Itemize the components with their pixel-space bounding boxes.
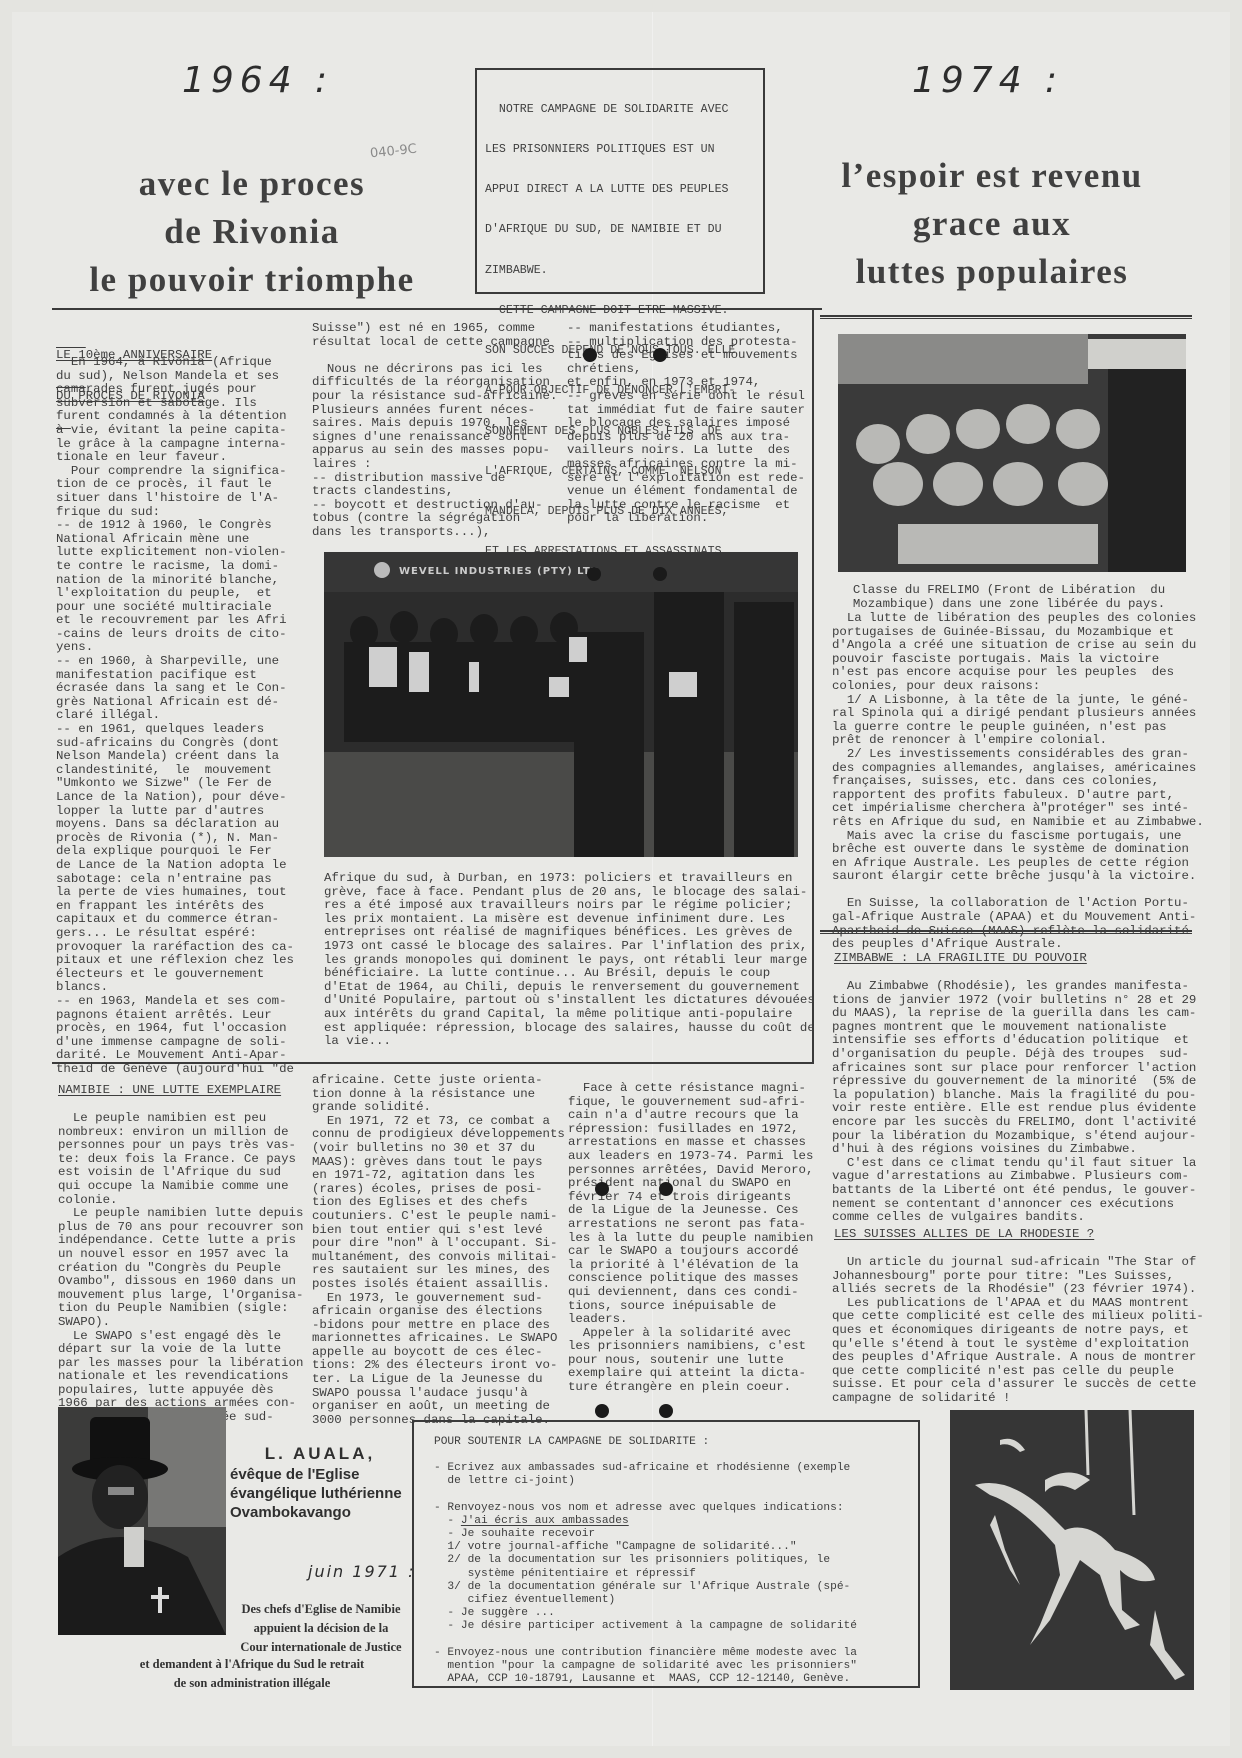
headline-line: avec le proces <box>52 160 452 208</box>
punch-hole <box>583 348 597 362</box>
frelimo-class-photo <box>838 334 1186 572</box>
right-headline: l’espoir est revenu grace aux luttes pop… <box>792 152 1192 296</box>
headline-line: de Rivonia <box>52 208 452 256</box>
auala-name: L. AUALA, <box>230 1444 410 1463</box>
statement-line: Des chefs d'Eglise de Namibie <box>226 1600 416 1619</box>
suisses-title: LES SUISSES ALLIES DE LA RHODESIE ? <box>834 1228 1094 1242</box>
durban-strike-photo: WEVELL INDUSTRIES (PTY) LTD <box>324 552 798 857</box>
checkbox-option-written[interactable]: J'ai écris aux ambassades <box>461 1515 629 1527</box>
auala-statement: Des chefs d'Eglise de Namibie appuient l… <box>226 1600 416 1657</box>
support-item-return-sub1: - J'ai écris aux ambassades <box>434 1515 898 1528</box>
auala-statement-cont: et demandent à l'Afrique du Sud le retra… <box>102 1655 402 1693</box>
statement-line: D'AFRIQUE DU SUD, DE NAMIBIE ET DU <box>485 223 755 236</box>
punch-hole <box>659 1182 673 1196</box>
punch-hole <box>595 1404 609 1418</box>
puppet-silhouette-photo <box>950 1410 1194 1690</box>
namibie-col1: Le peuple namibien est peu nombreux: env… <box>58 1112 320 1425</box>
punch-hole <box>653 567 667 581</box>
crowd-photo-icon: WEVELL INDUSTRIES (PTY) LTD <box>324 552 798 857</box>
statement-line: de son administration illégale <box>102 1674 402 1693</box>
svg-text:WEVELL INDUSTRIES (PTY) LTD: WEVELL INDUSTRIES (PTY) LTD <box>399 566 600 577</box>
namibie-title: NAMIBIE : UNE LUTTE EXEMPLAIRE <box>58 1084 281 1098</box>
punch-hole <box>653 348 667 362</box>
zimbabwe-title: ZIMBABWE : LA FRAGILITE DU POUVOIR <box>834 952 1087 966</box>
headline-line: grace aux <box>792 200 1192 248</box>
headline-line: l’espoir est revenu <box>792 152 1192 200</box>
top-rule-left <box>52 308 822 310</box>
suisses-article: Un article du journal sud-africain "The … <box>832 1256 1202 1406</box>
support-title: POUR SOUTENIR LA CAMPAGNE DE SOLIDARITE … <box>434 1436 898 1449</box>
support-item-return-head: - Renvoyez-nous vos nom et adresse avec … <box>434 1502 898 1515</box>
statement-line: LES PRISONNIERS POLITIQUES EST UN <box>485 143 755 156</box>
headline-line: luttes populaires <box>792 248 1192 296</box>
classroom-photo-icon <box>838 334 1186 572</box>
support-campaign-box: POUR SOUTENIR LA CAMPAGNE DE SOLIDARITE … <box>412 1420 920 1688</box>
auala-role-line: évangélique luthérienne <box>230 1484 410 1503</box>
bishop-portrait-icon <box>58 1407 226 1635</box>
namibie-col3: Face à cette résistance magni- fique, le… <box>568 1082 830 1395</box>
auala-role-line: Ovambokavango <box>230 1503 410 1522</box>
support-item-return-options: - Je souhaite recevoir 1/ votre journal-… <box>434 1528 898 1634</box>
frelimo-photo-caption: Classe du FRELIMO (Front de Libération d… <box>838 584 1198 611</box>
frelimo-article: La lutte de libération des peuples des c… <box>832 612 1202 952</box>
auala-date: juin 1971 : <box>308 1562 415 1581</box>
support-item-donate: - Envoyez-nous une contribution financiè… <box>434 1647 898 1687</box>
rivonia-col3: -- manifestations étudiantes, -- multipl… <box>567 322 829 526</box>
left-headline: avec le proces de Rivonia le pouvoir tri… <box>52 160 452 304</box>
auala-caption: L. AUALA, évêque de l'Eglise évangélique… <box>230 1444 410 1522</box>
statement-line: APPUI DIRECT A LA LUTTE DES PEUPLES <box>485 183 755 196</box>
statement-line: ZIMBABWE. <box>485 264 755 277</box>
marionette-icon <box>950 1410 1194 1690</box>
statement-line: NOTRE CAMPAGNE DE SOLIDARITE AVEC <box>485 103 755 116</box>
poster-page: 1964 : 040-9C avec le proces de Rivonia … <box>12 12 1230 1746</box>
punch-hole <box>659 1404 673 1418</box>
support-item-write: - Ecrivez aux ambassades sud-africaine e… <box>434 1462 898 1488</box>
punch-hole <box>587 567 601 581</box>
statement-line: appuient la décision de la <box>226 1619 416 1638</box>
durban-photo-caption: Afrique du sud, à Durban, en 1973: polic… <box>324 872 814 1049</box>
zimbabwe-article: Au Zimbabwe (Rhodésie), les grandes mani… <box>832 980 1202 1225</box>
punch-hole <box>595 1182 609 1196</box>
campaign-statement-box: NOTRE CAMPAGNE DE SOLIDARITE AVEC LES PR… <box>475 68 765 294</box>
top-rule-right <box>820 315 1192 319</box>
headline-line: le pouvoir triomphe <box>52 256 452 304</box>
left-year: 1964 : <box>182 60 333 101</box>
auala-portrait-photo <box>58 1407 226 1635</box>
pencil-note: 040-9C <box>369 142 417 162</box>
rivonia-col1: En 1964, à Rivonia (Afrique du sud), Nel… <box>56 356 318 1076</box>
rivonia-col2: Suisse") est né en 1965, comme résultat … <box>312 322 574 540</box>
right-year: 1974 : <box>912 60 1063 101</box>
statement-line: et demandent à l'Afrique du Sud le retra… <box>102 1655 402 1674</box>
namibie-col2: africaine. Cette juste orienta- tion don… <box>312 1074 574 1427</box>
auala-role-line: évêque de l'Eglise <box>230 1465 410 1484</box>
statement-line: CETTE CAMPAGNE DOIT ETRE MASSIVE. <box>485 304 755 317</box>
